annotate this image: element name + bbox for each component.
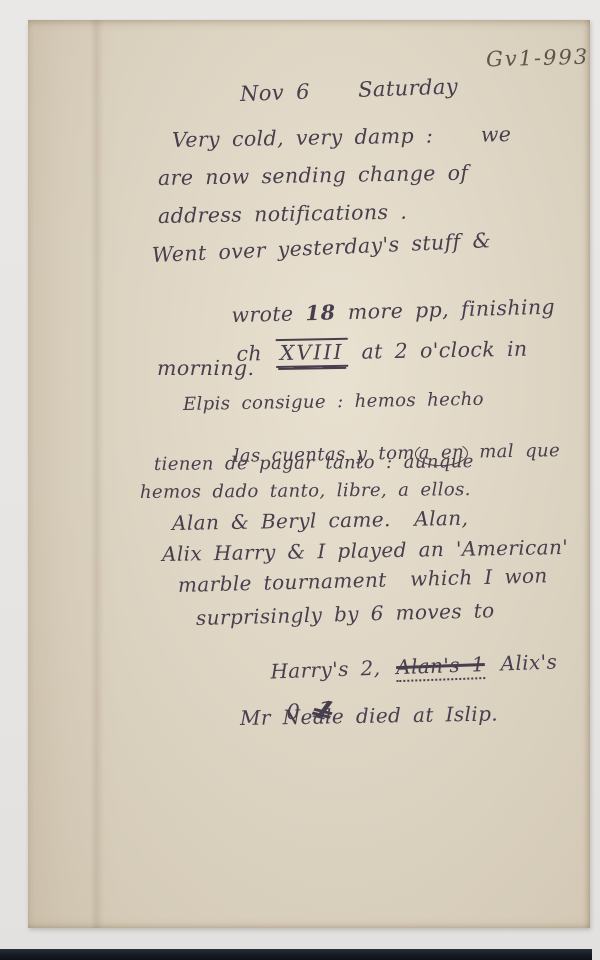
diary-line-7: morning. xyxy=(157,356,254,380)
diary-line-18: Mr Neale died at Islip. xyxy=(240,701,498,730)
entry-date-heading: Nov 6 Saturday xyxy=(240,74,459,106)
diary-line-15: surprisingly by 6 moves to xyxy=(196,598,495,630)
diary-page: Gv1-993 Nov 6 Saturday Very cold, very d… xyxy=(28,20,590,928)
diary-line-3: address notifications . xyxy=(158,200,408,228)
line-6-text-end: at 2 o'clock in xyxy=(349,337,527,364)
chapter-numeral: XVIII xyxy=(276,338,348,368)
scanner-bed-background: Gv1-993 Nov 6 Saturday Very cold, very d… xyxy=(0,0,600,960)
catalog-number: Gv1-993 xyxy=(486,45,590,72)
diary-line-2: are now sending change of xyxy=(158,161,469,190)
diary-line-11: hemos dado tanto, libre, a ellos. xyxy=(140,479,471,503)
diary-line-4: Went over yesterday's stuff & xyxy=(151,228,491,267)
diary-line-1: Very cold, very damp : we xyxy=(172,122,512,152)
struck-out-text: Alan's 1 xyxy=(396,652,486,682)
diary-line-10: tienen de pagar tanto : aunque xyxy=(154,451,474,475)
page-fold-shadow xyxy=(90,20,104,928)
diary-line-6: ch XVIII at 2 o'clock in xyxy=(164,311,528,394)
diary-line-14: marble tournament which I won xyxy=(178,563,548,597)
diary-line-12: Alan & Beryl came. Alan, xyxy=(172,506,469,535)
diary-line-13: Alix Harry & I played an 'American' xyxy=(162,535,569,566)
scanner-edge-bar xyxy=(0,949,592,960)
line-16-text-end: Alix's xyxy=(488,650,557,676)
diary-line-8: Elpis consigue : hemos hecho xyxy=(183,389,484,415)
line-9-text-end: mal que xyxy=(468,440,560,463)
